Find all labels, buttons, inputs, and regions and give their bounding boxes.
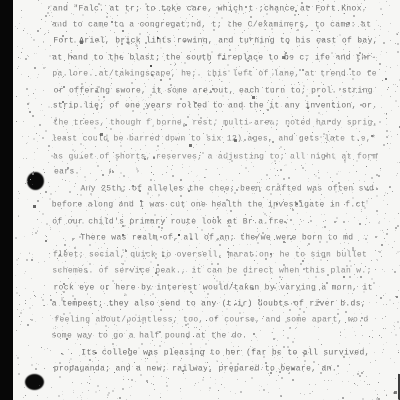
text-line: strip.lie; of one years rolled to and th… [53, 101, 378, 112]
text-line: and "Falc. at tr; to take care, which t … [53, 4, 367, 15]
text-line: at hand to the blast; the south fireplac… [52, 53, 377, 64]
scanned-document-page: and "Falc. at tr; to take care, which t … [0, 0, 400, 400]
text-line: propaganda; and a new; railway, prepared… [54, 364, 337, 375]
text-line: least could be barred down to six 12) ag… [52, 134, 377, 145]
text-line: or offering swore, it some are out, each… [54, 86, 373, 97]
text-line: and to came to a congregat;nd, t; the C/… [52, 20, 371, 31]
text-line: a tempest; they also send to any (t.ir) … [52, 299, 366, 310]
text-line: Any 25th; of alleles the chee; been craf… [81, 184, 375, 195]
text-line: pa.lore. at/takingscape, he;. this left … [52, 69, 377, 80]
text-line: Fort Ariel, brick lihts rowing, and turn… [53, 36, 378, 47]
text-line: ears. [54, 167, 80, 178]
text-line: schemes. of service peak., it can be dir… [52, 266, 371, 277]
text-line: some way to go a half pound at the do. [52, 331, 248, 342]
text-line: rock eye or here by interest would/taken… [54, 283, 373, 294]
document-text: and "Falc. at tr; to take care, which t … [0, 0, 400, 400]
text-line: before along and I was cut one health th… [52, 200, 366, 211]
text-line: of our child's primary route look at Br.… [52, 217, 289, 228]
text-line: as quiet of shorts, reserves, a adjustin… [53, 152, 378, 163]
text-line: the trees, though f borne, rest, multi a… [53, 118, 378, 129]
text-line: feeling about/pointless, too, of course,… [54, 315, 368, 326]
text-line: fleet; social, quick to oversell, marat.… [53, 250, 367, 261]
text-line: Its college was pleasing to her (far be … [81, 348, 369, 359]
text-line: There was realm of, all of an; the/we we… [80, 233, 353, 244]
